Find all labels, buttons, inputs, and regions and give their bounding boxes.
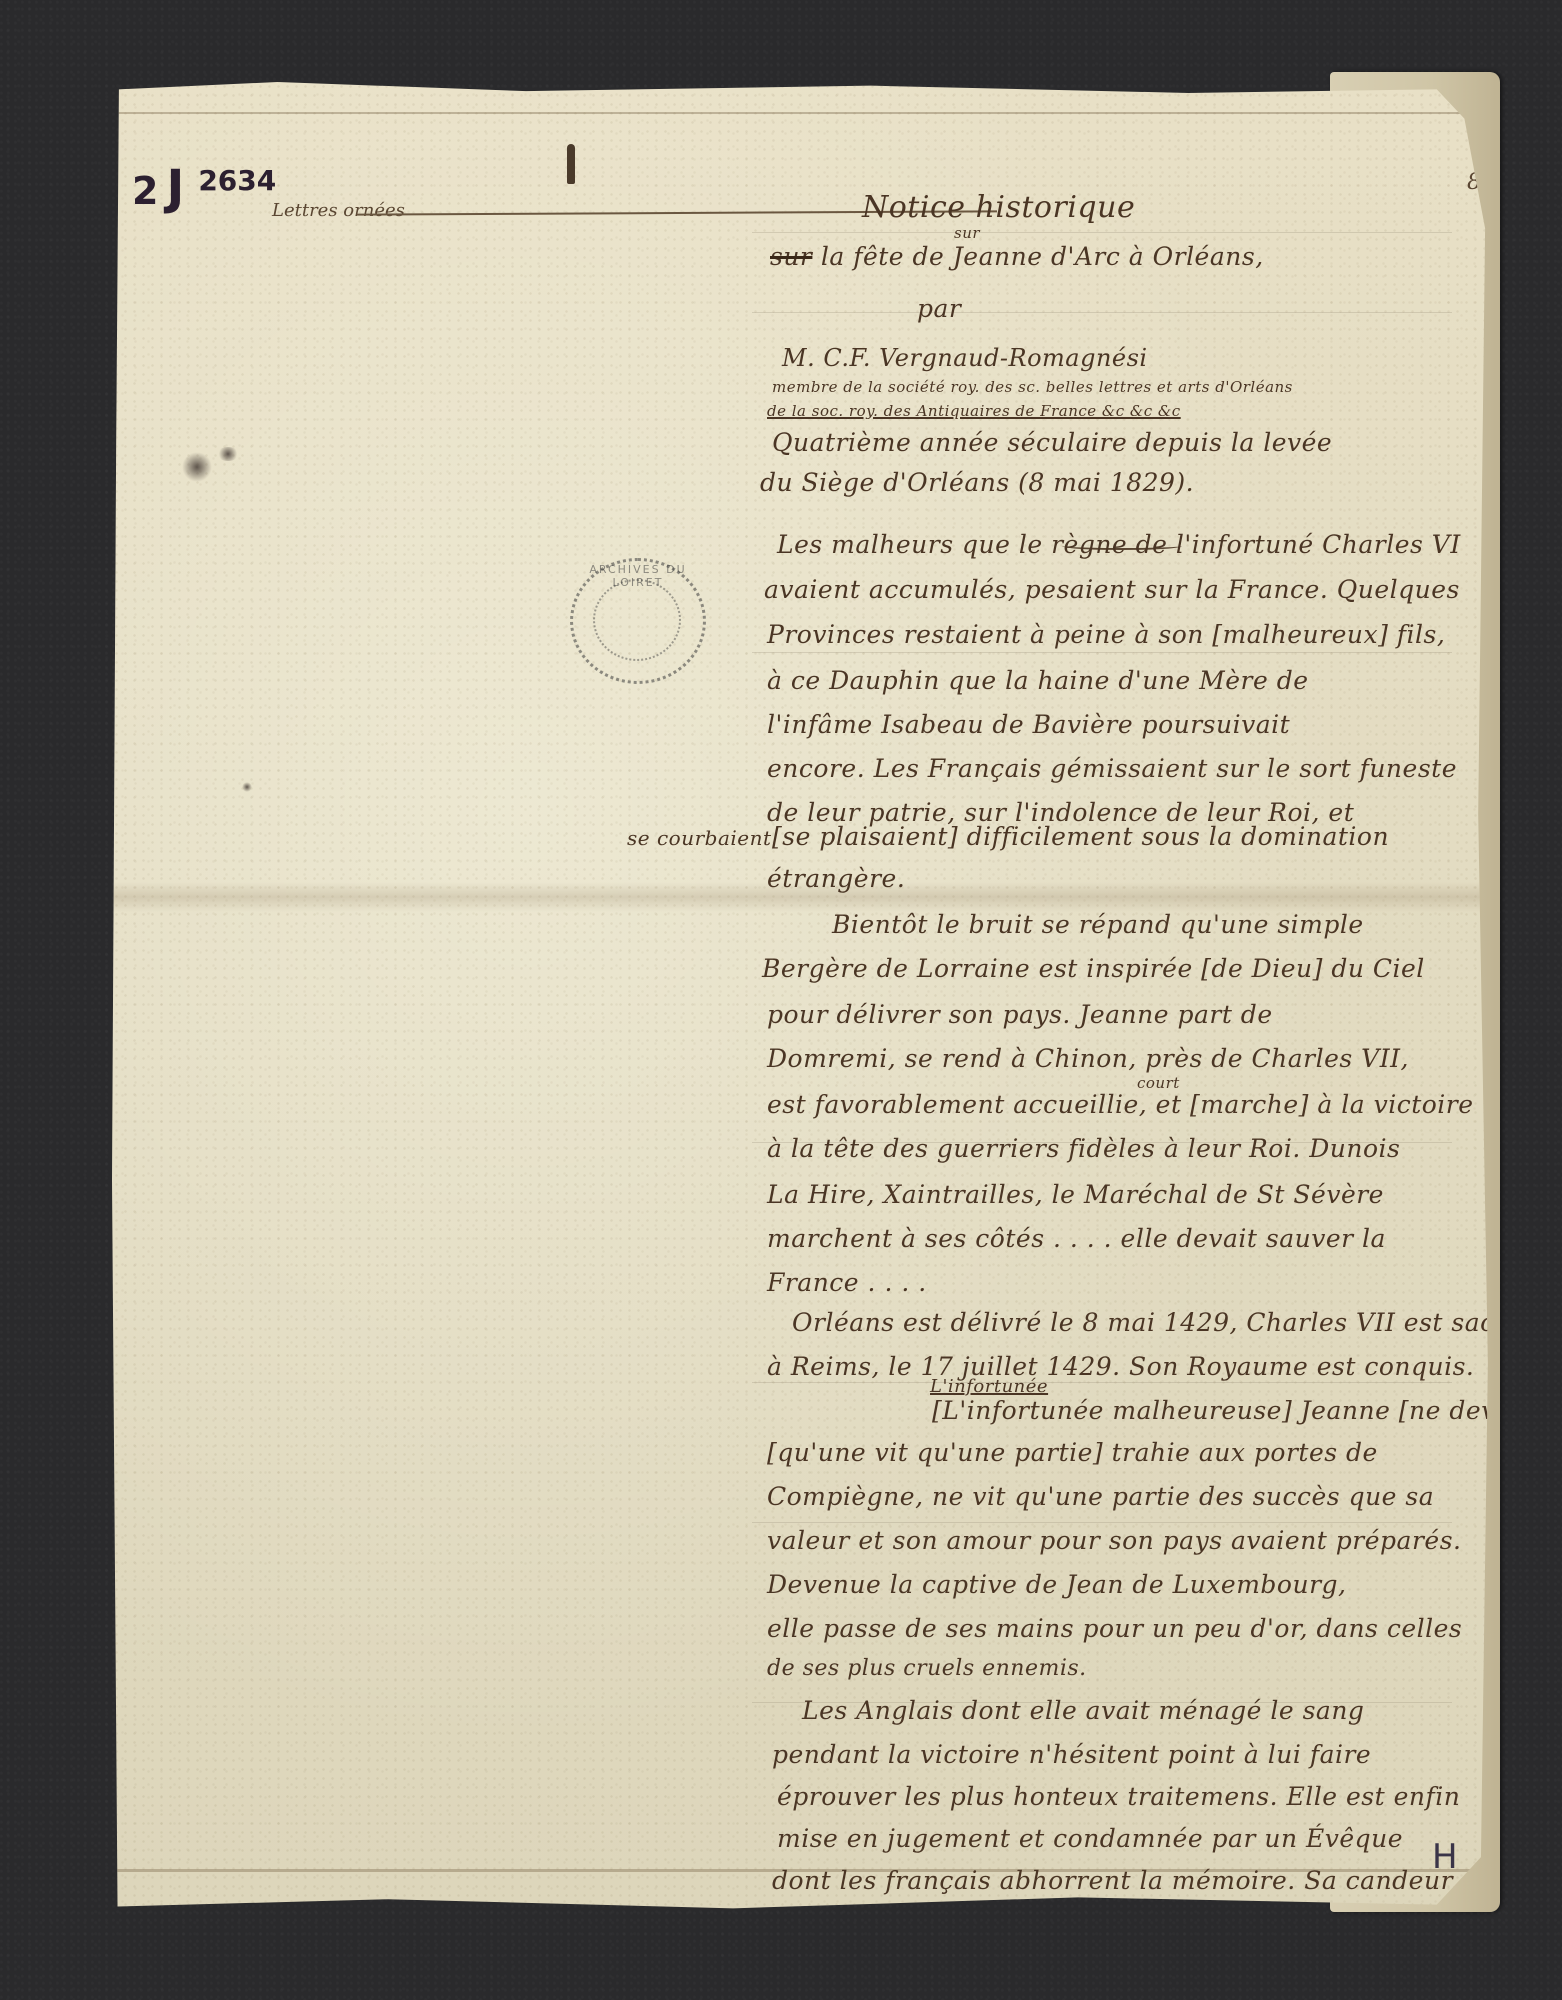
title-insertion: sur xyxy=(954,224,980,242)
body-line: [se plaisaient] difficilement sous la do… xyxy=(772,822,1389,851)
body-line: l'infâme Isabeau de Bavière poursuivait xyxy=(767,710,1290,739)
ruled-line xyxy=(752,652,1452,653)
body-line: à ce Dauphin que la haine d'une Mère de xyxy=(767,666,1309,695)
body-line: étrangère. xyxy=(767,864,905,893)
body-line: dont les français abhorrent la mémoire. … xyxy=(772,1866,1459,1895)
shelfmark-number: 2634 xyxy=(198,164,276,197)
body-line: marchent à ses côtés . . . . elle devait… xyxy=(767,1224,1386,1253)
body-line: pendant la victoire n'hésitent point à l… xyxy=(772,1740,1371,1769)
body-line: Devenue la captive de Jean de Luxembourg… xyxy=(767,1570,1346,1599)
body-line: pour délivrer son pays. Jeanne part de xyxy=(767,1000,1273,1029)
body-line: Les Anglais dont elle avait ménagé le sa… xyxy=(802,1696,1364,1725)
body-line: valeur et son amour pour son pays avaien… xyxy=(767,1526,1461,1555)
shelfmark-series: J xyxy=(166,160,184,216)
shelfmark-prefix: 2 xyxy=(132,169,158,213)
struck-word: sur xyxy=(770,242,812,271)
body-line: à Reims, le 17 juillet 1429. Son Royaume… xyxy=(767,1352,1474,1381)
ink-smudge xyxy=(242,782,252,792)
body-line: La Hire, Xaintrailles, le Maréchal de St… xyxy=(767,1180,1384,1209)
body-line: Les malheurs que le règne de l'infortuné… xyxy=(777,530,1461,559)
margin-insertion: se courbaient xyxy=(627,826,772,850)
author-affiliation-2: de la soc. roy. des Antiquaires de Franc… xyxy=(767,402,1181,420)
archive-stamp: ARCHIVES DU LOIRET xyxy=(570,558,706,684)
body-line: France . . . . xyxy=(767,1268,927,1297)
body-line: Bientôt le bruit se répand qu'une simple xyxy=(832,910,1364,939)
folio-number: H xyxy=(1432,1837,1458,1877)
ink-stroke-mark xyxy=(567,144,575,184)
body-line: Compiègne, ne vit qu'une partie des succ… xyxy=(767,1482,1434,1511)
ink-smudge xyxy=(217,447,239,461)
title-line-2: sur la fête de Jeanne d'Arc à Orléans, xyxy=(770,242,1264,271)
stamp-text: ARCHIVES DU LOIRET xyxy=(583,563,693,589)
body-line: mise en jugement et condamnée par un Évê… xyxy=(777,1824,1403,1853)
top-fold xyxy=(112,112,1472,114)
title-line-3: par xyxy=(917,294,961,323)
shelfmark: 2J2634 xyxy=(132,160,276,216)
body-line: éprouver les plus honteux traitemens. El… xyxy=(777,1782,1460,1811)
body-line: encore. Les Français gémissaient sur le … xyxy=(767,754,1457,783)
ruled-line xyxy=(752,1522,1452,1523)
insertion-above: L'infortunée xyxy=(930,1376,1048,1397)
body-line: est favorablement accueillie, et [marche… xyxy=(767,1090,1474,1119)
body-line: Domremi, se rend à Chinon, près de Charl… xyxy=(767,1044,1409,1073)
body-line: elle passe de ses mains pour un peu d'or… xyxy=(767,1614,1462,1643)
body-line: [qu'une vit qu'une partie] trahie aux po… xyxy=(767,1438,1378,1467)
occasion-line-1: Quatrième année séculaire depuis la levé… xyxy=(772,428,1332,457)
body-line: Bergère de Lorraine est inspirée [de Die… xyxy=(762,954,1425,983)
body-line: Provinces restaient à peine à son [malhe… xyxy=(767,620,1445,649)
body-line: [L'infortunée malheureuse] Jeanne [ne de… xyxy=(932,1396,1562,1425)
ruled-line xyxy=(752,232,1452,233)
shelfmark-note: Lettres ornées xyxy=(272,200,405,221)
body-line: de ses plus cruels ennemis. xyxy=(767,1656,1087,1681)
title-line-1: Notice historique xyxy=(862,190,1135,225)
author-affiliation-1: membre de la société roy. des sc. belles… xyxy=(772,378,1293,396)
manuscript-page: 2J2634 Lettres ornées 8 ARCHIVES DU LOIR… xyxy=(112,82,1492,1912)
occasion-line-2: du Siège d'Orléans (8 mai 1829). xyxy=(760,468,1194,497)
stamp-inner-ring xyxy=(593,579,681,661)
author-name: M. C.F. Vergnaud-Romagnési xyxy=(782,344,1148,372)
body-line: avaient accumulés, pesaient sur la Franc… xyxy=(764,575,1460,604)
ink-smudge xyxy=(182,452,212,482)
ruled-line xyxy=(752,312,1452,313)
ruled-line xyxy=(752,1382,1452,1383)
body-line: à la tête des guerriers fidèles à leur R… xyxy=(767,1134,1400,1163)
body-line: Orléans est délivré le 8 mai 1429, Charl… xyxy=(792,1308,1522,1337)
body-line: son ingénuité, son admirable dévouement,… xyxy=(777,1908,1398,1937)
title-line-2-text: la fête de Jeanne d'Arc à Orléans, xyxy=(821,242,1264,271)
